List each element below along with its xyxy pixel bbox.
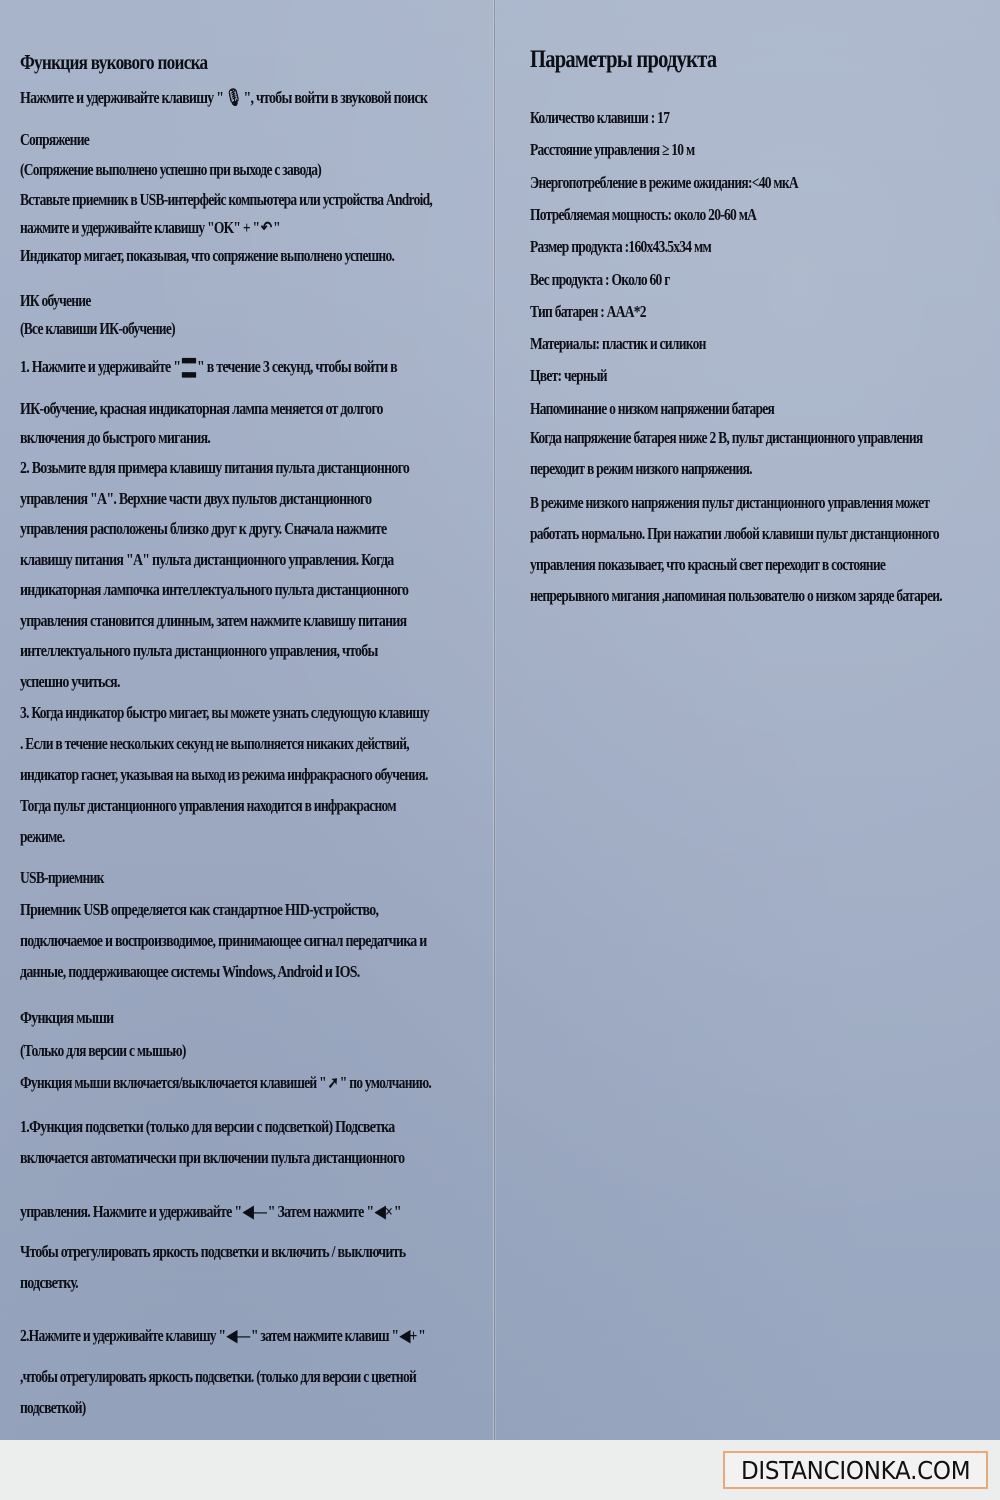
- mouse-function-note: (Только для версии с мышью): [20, 1041, 186, 1061]
- pairing-heading: Сопряжение: [20, 130, 89, 150]
- text-line: Когда напряжение батарея ниже 2 В, пульт…: [530, 428, 922, 448]
- text-line: управления показывает, что красный свет …: [530, 555, 885, 575]
- volume-down-icon: ◀—: [243, 1202, 266, 1222]
- product-params-heading: Параметры продукта: [530, 50, 716, 70]
- text-line: В режиме низкого напряжения пульт дистан…: [530, 493, 929, 513]
- text-line: 1.Функция подсветки (только для версии с…: [20, 1117, 394, 1137]
- text-line: Тип батарен : AAA*2: [530, 302, 646, 322]
- text-line: Потребляемая мощность: около 20-60 мА: [530, 205, 756, 225]
- volume-up-icon: ◀+: [400, 1326, 417, 1346]
- text-line: переходит в режим низкого напряжения.: [530, 459, 752, 479]
- text-line: подсветку.: [20, 1273, 78, 1293]
- text-line: Количество клавиши : 17: [530, 108, 669, 128]
- back-arrow-icon: ↶: [261, 218, 272, 238]
- text-line: включения до быстрого мигания.: [20, 428, 210, 448]
- text-line: управления становится длинным, затем наж…: [20, 611, 406, 631]
- backlight-item-2: 2.Нажмите и удерживайте клавишу "◀—" зат…: [20, 1326, 425, 1346]
- instruction-sheet-photo: Функция вукового поиска Нажмите и удержи…: [0, 0, 1000, 1440]
- text-line: управления расположены близко друг к дру…: [20, 519, 387, 539]
- text-line: Тогда пульт дистанционного управления на…: [20, 796, 396, 816]
- text-line: Напоминание о низком напряжении батарея: [530, 399, 774, 419]
- text-line: Приемник USB определяется как стандартно…: [20, 900, 378, 920]
- usb-receiver-heading: USB-приемник: [20, 868, 104, 888]
- text-line: индикатор гаснет, указывая на выход из р…: [20, 765, 428, 785]
- text-line: успешно учиться.: [20, 672, 120, 692]
- watermark-badge: DISTANCIONKA.COM: [723, 1451, 988, 1489]
- backlight-item-1-controls: управления. Нажмите и удерживайте "◀—" З…: [20, 1202, 401, 1222]
- text-line: подсветкой): [20, 1398, 86, 1418]
- text-line: Чтобы отрегулировать яркость подсветки и…: [20, 1242, 405, 1262]
- text-line: работать нормально. При нажатии любой кл…: [530, 524, 939, 544]
- voice-search-heading: Функция вукового поиска: [20, 52, 207, 72]
- text-line: ИК-обучение, красная индикаторная лампа …: [20, 399, 383, 419]
- text-line: Размер продукта :160x43.5x34 мм: [530, 237, 711, 257]
- pairing-line-1: Вставьте приемник в USB-интерфейс компью…: [20, 190, 432, 210]
- text-line: режиме.: [20, 827, 65, 847]
- mouse-function-text: Функция мыши включается/выключается клав…: [20, 1073, 431, 1093]
- text-line: 2. Возьмите вдля примера клавишу питания…: [20, 458, 409, 478]
- text-line: Энергопотребление в режиме ожидания:<40 …: [530, 173, 798, 193]
- voice-search-text: Нажмите и удерживайте клавишу "🎙︎", чтоб…: [20, 88, 427, 108]
- text-line: Материалы: пластик и силикон: [530, 334, 706, 354]
- mouse-cursor-icon: ➚: [328, 1073, 339, 1093]
- text-line: включается автоматически при включении п…: [20, 1148, 404, 1168]
- microphone-icon: 🎙︎: [225, 88, 242, 108]
- text-line: клавишу питания "A" пульта дистанционног…: [20, 550, 394, 570]
- pairing-note: (Сопряжение выполнено успешно при выходе…: [20, 160, 321, 180]
- text-line: индикаторная лампочка интеллектуального …: [20, 580, 408, 600]
- text-line: 3. Когда индикатор быстро мигает, вы мож…: [20, 703, 429, 723]
- volume-down-icon: ◀—: [227, 1326, 249, 1346]
- page-fold-divider: [493, 0, 496, 1440]
- text-line: Цвет: черный: [530, 366, 607, 386]
- mouse-function-heading: Функция мыши: [20, 1008, 113, 1028]
- text-line: интеллектуального пульта дистанционного …: [20, 641, 378, 661]
- text-line: данные, поддерживающее системы Windows, …: [20, 962, 359, 982]
- text-line: ,чтобы отрегулировать яркость подсветки.…: [20, 1367, 416, 1387]
- ir-learning-heading: ИК обучение: [20, 291, 91, 311]
- tv-switch-icon: ▀▀▀▄▄▄: [182, 359, 195, 377]
- text-line: подключаемое и воспроизводимое, принимаю…: [20, 931, 427, 951]
- text-line: Расстояние управления ≥ 10 м: [530, 140, 694, 160]
- text-line: . Если в течение нескольких секунд не вы…: [20, 734, 409, 754]
- ir-learning-note: (Все клавиши ИК-обучение): [20, 319, 175, 339]
- pairing-line-2: нажмите и удерживайте клавишу "OK" + "↶": [20, 218, 280, 238]
- text-line: управления "A". Верхние части двух пульт…: [20, 489, 371, 509]
- text-line: непрерывного мигания ,напоминая пользова…: [530, 586, 942, 606]
- ir-step-1: 1. Нажмите и удерживайте "▀▀▀▄▄▄" в тече…: [20, 357, 397, 377]
- pairing-line-3: Индикатор мигает, показывая, что сопряже…: [20, 246, 394, 266]
- watermark-text: DISTANCIONKA.COM: [741, 1456, 970, 1485]
- mute-icon: ◀×: [375, 1202, 392, 1222]
- text-line: Вес продукта : Около 60 г: [530, 270, 670, 290]
